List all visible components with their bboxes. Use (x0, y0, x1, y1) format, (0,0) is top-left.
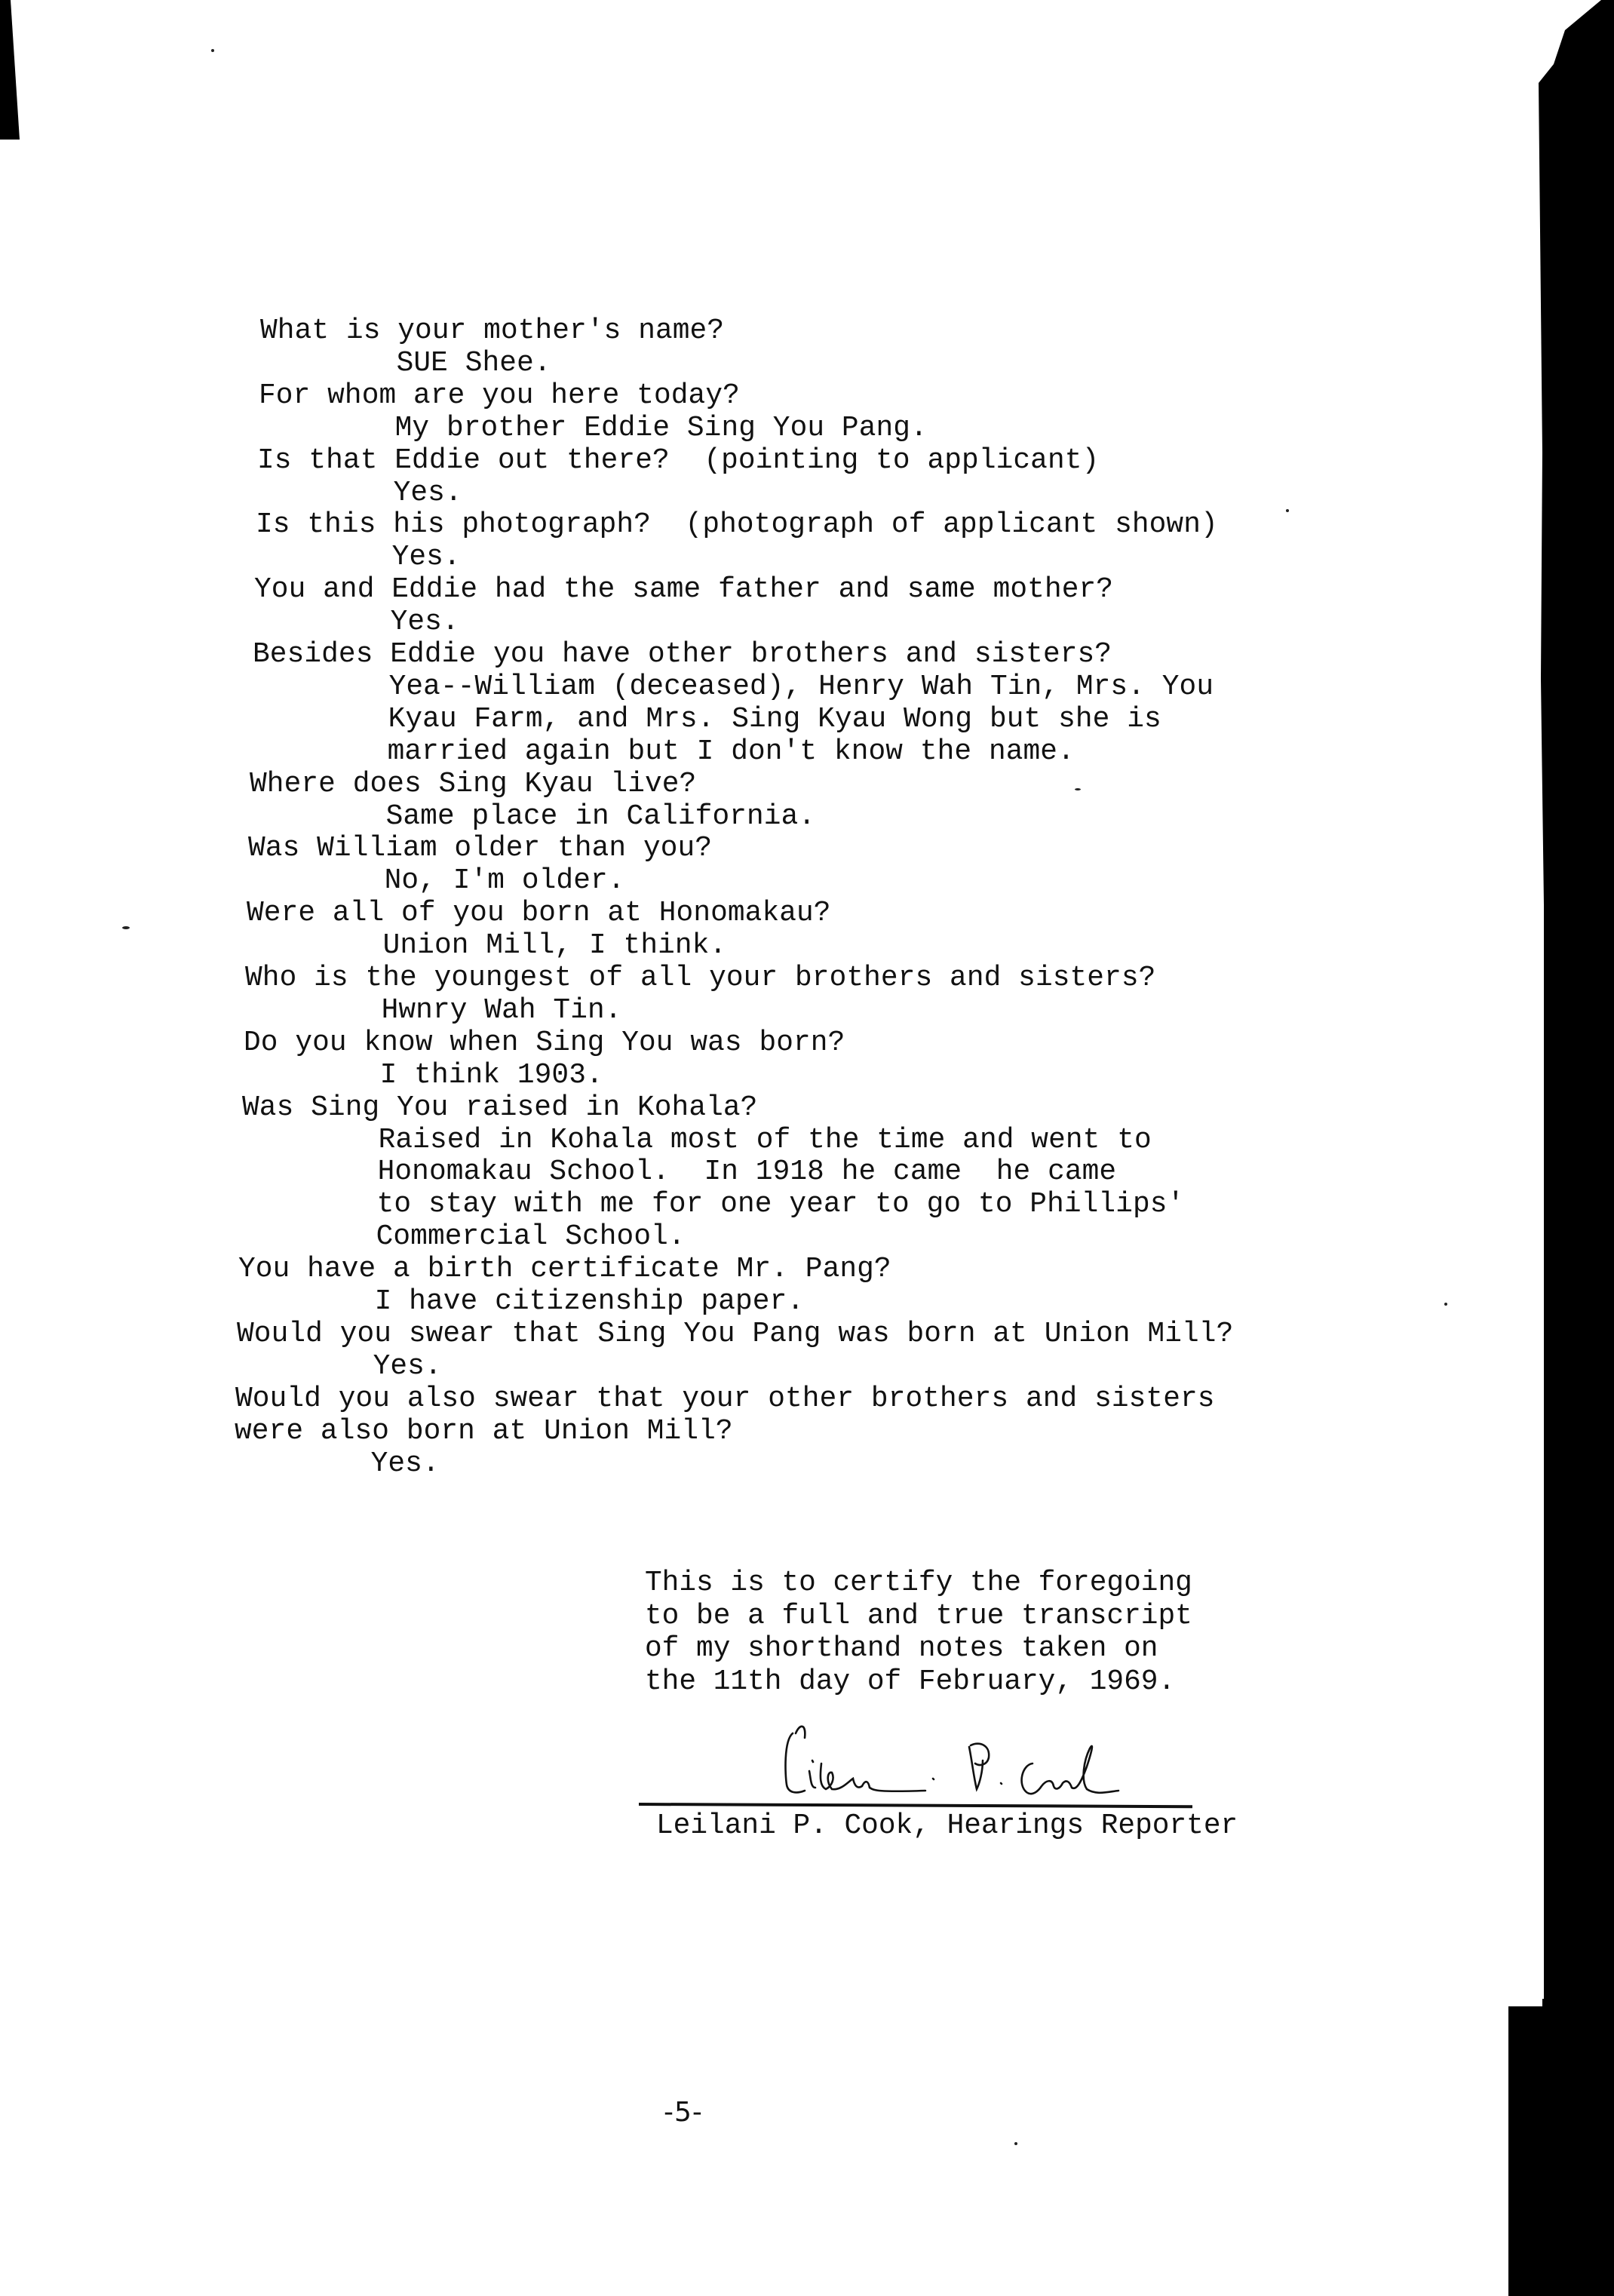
transcript-question: Would you also swear that your other bro… (235, 1383, 1215, 1415)
transcript-answer: Yes. (394, 477, 462, 509)
transcript-answer: I have citizenship paper. (375, 1286, 805, 1318)
speck-artifact (1444, 1303, 1447, 1306)
transcript-question: Is that Eddie out there? (pointing to ap… (257, 445, 1099, 477)
transcript-answer: Yea--William (deceased), Henry Wah Tin, … (389, 671, 1214, 703)
speck-artifact (1286, 509, 1289, 512)
transcript-answer: married again but I don't know the name. (388, 736, 1075, 768)
transcript-answer: SUE Shee. (397, 348, 551, 379)
transcript-question: Is this his photograph? (photograph of a… (256, 509, 1218, 541)
transcript-answer: Raised in Kohala most of the time and we… (379, 1125, 1152, 1156)
transcript-question: What is your mother's name? (260, 315, 724, 347)
scan-right-edge-artifact (1508, 0, 1614, 2296)
transcript-answer: Kyau Farm, and Mrs. Sing Kyau Wong but s… (388, 704, 1161, 735)
certification-line: This is to certify the foregoing (645, 1567, 1192, 1601)
transcript-question: Was William older than you? (248, 833, 712, 864)
page-number: -5- (664, 2097, 703, 2128)
transcript-question: Besides Eddie you have other brothers an… (253, 639, 1112, 671)
transcript-question: Was Sing You raised in Kohala? (242, 1092, 757, 1124)
speck-artifact (1075, 788, 1081, 790)
signature-area (639, 1718, 1197, 1807)
transcript-answer: to stay with me for one year to go to Ph… (377, 1189, 1185, 1220)
transcript-question: Where does Sing Kyau live? (250, 769, 696, 800)
transcript-question: Were all of you born at Honomakau? (247, 898, 831, 929)
transcript-answer: Yes. (373, 1351, 442, 1383)
speck-artifact (122, 926, 130, 929)
transcript-answer: Commercial School. (376, 1221, 686, 1253)
transcript-answer: Yes. (392, 542, 461, 573)
transcript-question: Who is the youngest of all your brothers… (245, 962, 1155, 994)
speck-artifact (1014, 2142, 1017, 2145)
transcript-question: were also born at Union Mill? (235, 1416, 733, 1447)
transcript-answer: I think 1903. (380, 1060, 603, 1091)
handwritten-signature (782, 1718, 1129, 1804)
transcript-answer: Same place in California. (386, 801, 816, 833)
transcript-answer: Yes. (391, 606, 459, 638)
transcript-question: For whom are you here today? (259, 380, 740, 412)
reporter-name: Leilani P. Cook, Hearings Reporter (656, 1810, 1238, 1842)
transcript-answer: Yes. (371, 1448, 440, 1480)
transcript-answer: Union Mill, I think. (383, 930, 727, 962)
certification-line: to be a full and true transcript (645, 1601, 1192, 1634)
scan-speckle-artifact (1511, 869, 1534, 912)
transcript-question: You and Eddie had the same father and sa… (254, 574, 1113, 606)
certification-line: of my shorthand notes taken on (645, 1633, 1192, 1666)
transcript-answer: No, I'm older. (385, 865, 625, 897)
transcript-answer: My brother Eddie Sing You Pang. (395, 413, 928, 444)
transcript-question: You have a birth certificate Mr. Pang? (238, 1254, 891, 1285)
certification-block: This is to certify the foregoing to be a… (645, 1567, 1192, 1699)
scan-speckle-artifact (1521, 1633, 1541, 1663)
speck-artifact (211, 49, 214, 52)
transcript-answer: Hwnry Wah Tin. (382, 995, 622, 1027)
scan-left-edge-artifact (0, 0, 20, 140)
transcript-question: Do you know when Sing You was born? (244, 1027, 845, 1059)
transcript-question: Would you swear that Sing You Pang was b… (237, 1318, 1233, 1350)
transcript-answer: Honomakau School. In 1918 he came he cam… (378, 1156, 1117, 1188)
certification-line: the 11th day of February, 1969. (645, 1666, 1192, 1699)
